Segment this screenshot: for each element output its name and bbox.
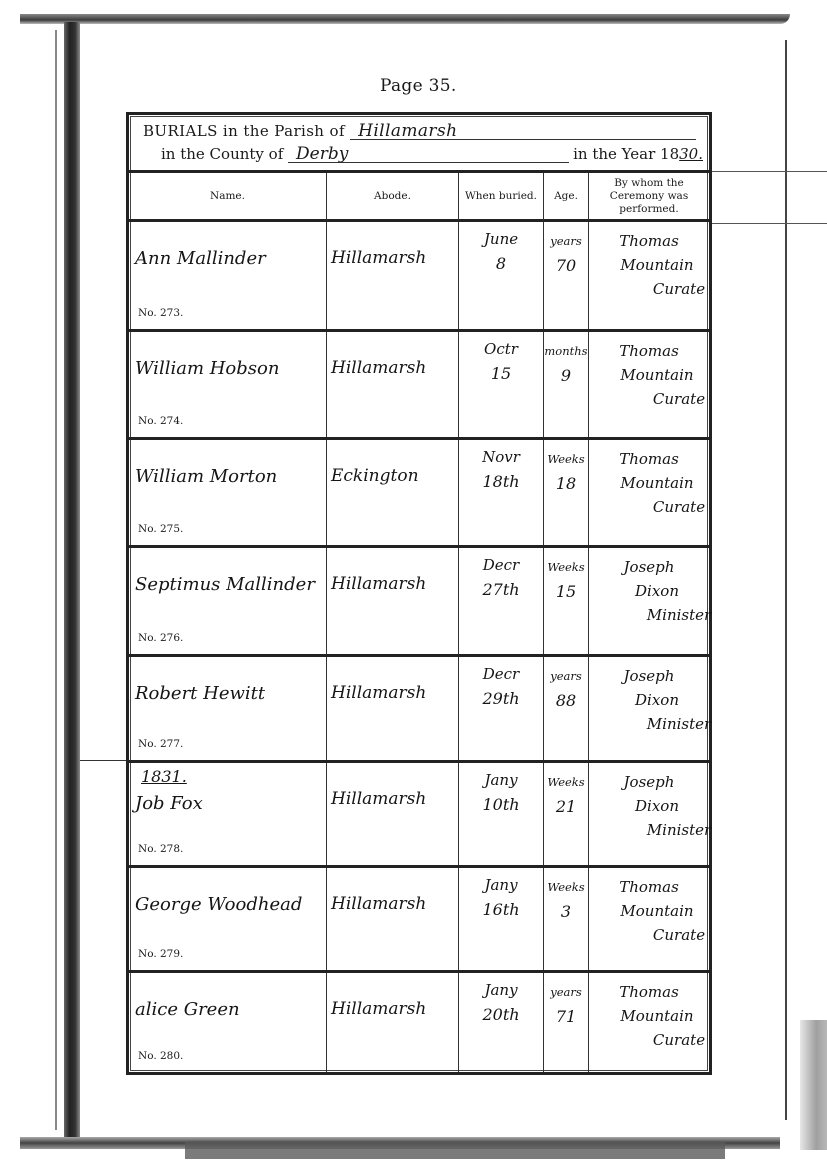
cell-abode: Hillamarsh (326, 657, 458, 760)
deceased-name: Septimus Mallinder (135, 574, 315, 595)
entry-number: No. 274. (138, 415, 183, 427)
cell-when-buried: Octr 15 (458, 332, 543, 437)
cell-officiant: Joseph Dixon Minister (588, 763, 709, 865)
margin-ruling-line (80, 760, 130, 761)
officiant-first-name: Joseph (589, 558, 709, 576)
register-entry: 1831. Job Fox No. 278. Hillamarsh Jany 1… (129, 763, 709, 868)
officiant-title: Minister (589, 606, 739, 624)
burial-register-table: BURIALS in the Parish of Hillamarsh in t… (126, 112, 712, 1075)
age-value: 15 (544, 582, 588, 601)
deceased-name: William Morton (135, 466, 277, 487)
cell-name: alice Green No. 280. (129, 973, 326, 1072)
age-value: 70 (544, 256, 588, 275)
column-header-name: Name. (129, 173, 326, 222)
age-unit: Weeks (544, 452, 588, 466)
cell-abode: Hillamarsh (326, 763, 458, 865)
page-right-edge (785, 40, 787, 1120)
cell-officiant: Thomas Mountain Curate (588, 868, 709, 970)
register-entry: Robert Hewitt No. 277. Hillamarsh Decr 2… (129, 657, 709, 763)
burial-day: 16th (459, 900, 543, 919)
binding-shadow (64, 22, 80, 1147)
county-name: Derby (288, 146, 569, 163)
burial-day: 8 (459, 254, 543, 273)
register-entry: George Woodhead No. 279. Hillamarsh Jany… (129, 868, 709, 973)
county-prefix: in the County of (161, 145, 283, 163)
cell-abode: Hillamarsh (326, 973, 458, 1072)
deceased-name: Robert Hewitt (135, 683, 265, 704)
burial-month: Decr (459, 665, 543, 683)
officiant-title: Curate (589, 280, 739, 298)
abode: Hillamarsh (331, 999, 426, 1019)
cell-age: years 70 (543, 222, 588, 329)
cell-age: Weeks 3 (543, 868, 588, 970)
year-suffix: 30. (679, 145, 703, 163)
parish-prefix: BURIALS in the Parish of (143, 122, 345, 140)
register-entry: alice Green No. 280. Hillamarsh Jany 20t… (129, 973, 709, 1072)
officiant-title: Minister (589, 821, 739, 839)
abode: Hillamarsh (331, 894, 426, 914)
cell-name: William Hobson No. 274. (129, 332, 326, 437)
burial-month: Octr (459, 340, 543, 358)
age-unit: Weeks (544, 880, 588, 894)
year-line: in the Year 1830. (573, 145, 703, 163)
column-header-age: Age. (543, 173, 588, 222)
entry-number: No. 273. (138, 307, 183, 319)
officiant-first-name: Joseph (589, 667, 709, 685)
age-value: 3 (544, 902, 588, 921)
cell-officiant: Thomas Mountain Curate (588, 440, 709, 545)
cell-abode: Hillamarsh (326, 222, 458, 329)
age-unit: years (544, 234, 588, 248)
age-unit: years (544, 985, 588, 999)
burial-day: 20th (459, 1005, 543, 1024)
officiant-surname: Dixon (589, 582, 717, 600)
officiant-surname: Mountain (589, 256, 717, 274)
age-unit: Weeks (544, 560, 588, 574)
abode: Hillamarsh (331, 358, 426, 378)
column-header-when-buried: When buried. (458, 173, 543, 222)
cell-abode: Eckington (326, 440, 458, 545)
burial-day: 27th (459, 580, 543, 599)
cell-when-buried: Jany 20th (458, 973, 543, 1072)
officiant-surname: Mountain (589, 902, 717, 920)
cell-name: Ann Mallinder No. 273. (129, 222, 326, 329)
deceased-name: alice Green (135, 999, 240, 1020)
binding-edge-line (55, 30, 57, 1130)
cell-abode: Hillamarsh (326, 332, 458, 437)
abode: Hillamarsh (331, 789, 426, 809)
burial-day: 18th (459, 472, 543, 491)
register-entry: William Morton No. 275. Eckington Novr 1… (129, 440, 709, 548)
year-prefix: in the Year 18 (573, 145, 679, 163)
officiant-first-name: Thomas (589, 983, 709, 1001)
cell-name: William Morton No. 275. (129, 440, 326, 545)
burial-month: Decr (459, 556, 543, 574)
cell-name: 1831. Job Fox No. 278. (129, 763, 326, 865)
age-value: 71 (544, 1007, 588, 1026)
age-value: 88 (544, 691, 588, 710)
officiant-title: Curate (589, 926, 739, 944)
cell-name: Septimus Mallinder No. 276. (129, 548, 326, 654)
deceased-name: Job Fox (135, 793, 203, 814)
entry-number: No. 278. (138, 843, 183, 855)
register-entry: Septimus Mallinder No. 276. Hillamarsh D… (129, 548, 709, 657)
cell-age: Weeks 21 (543, 763, 588, 865)
cell-when-buried: Decr 29th (458, 657, 543, 760)
abode: Hillamarsh (331, 248, 426, 268)
cell-when-buried: Jany 16th (458, 868, 543, 970)
register-entry: Ann Mallinder No. 273. Hillamarsh June 8… (129, 222, 709, 332)
officiant-title: Curate (589, 1031, 739, 1049)
age-value: 9 (544, 366, 588, 385)
cell-age: months 9 (543, 332, 588, 437)
cell-abode: Hillamarsh (326, 868, 458, 970)
cell-age: Weeks 15 (543, 548, 588, 654)
register-heading: BURIALS in the Parish of Hillamarsh in t… (129, 115, 709, 173)
officiant-surname: Dixon (589, 691, 717, 709)
burial-month: Jany (459, 771, 543, 789)
officiant-title: Curate (589, 498, 739, 516)
entry-number: No. 280. (138, 1050, 183, 1062)
officiant-first-name: Thomas (589, 878, 709, 896)
age-value: 18 (544, 474, 588, 493)
officiant-first-name: Thomas (589, 232, 709, 250)
burial-day: 15 (459, 364, 543, 383)
margin-ruling-line (712, 171, 827, 172)
burial-day: 10th (459, 795, 543, 814)
age-unit: years (544, 669, 588, 683)
officiant-title: Minister (589, 715, 739, 733)
cell-abode: Hillamarsh (326, 548, 458, 654)
officiant-first-name: Thomas (589, 342, 709, 360)
parish-line: BURIALS in the Parish of Hillamarsh (143, 122, 696, 140)
officiant-surname: Mountain (589, 366, 717, 384)
age-unit: Weeks (544, 775, 588, 789)
cell-officiant: Joseph Dixon Minister (588, 657, 709, 760)
year-note: 1831. (141, 767, 187, 786)
abode: Hillamarsh (331, 683, 426, 703)
officiant-first-name: Joseph (589, 773, 709, 791)
burial-day: 29th (459, 689, 543, 708)
county-line: in the County of Derby (161, 145, 569, 163)
page-bottom-shadow-block (185, 1141, 725, 1159)
cell-officiant: Thomas Mountain Curate (588, 973, 709, 1072)
column-header-abode: Abode. (326, 173, 458, 222)
cell-when-buried: June 8 (458, 222, 543, 329)
cell-officiant: Thomas Mountain Curate (588, 222, 709, 329)
cell-when-buried: Jany 10th (458, 763, 543, 865)
abode: Hillamarsh (331, 574, 426, 594)
column-header-officiant: By whom the Ceremony was performed. (588, 173, 709, 222)
register-entry: William Hobson No. 274. Hillamarsh Octr … (129, 332, 709, 440)
abode: Eckington (331, 466, 419, 486)
cell-officiant: Joseph Dixon Minister (588, 548, 709, 654)
officiant-surname: Dixon (589, 797, 717, 815)
entry-number: No. 277. (138, 738, 183, 750)
page-top-edge-shadow (20, 14, 790, 24)
burial-month: Novr (459, 448, 543, 466)
cell-age: years 88 (543, 657, 588, 760)
cell-when-buried: Decr 27th (458, 548, 543, 654)
entry-number: No. 276. (138, 632, 183, 644)
page-corner-smudge (800, 1020, 827, 1150)
page-number: Page 35. (380, 76, 457, 96)
deceased-name: William Hobson (135, 358, 279, 379)
deceased-name: George Woodhead (135, 894, 302, 915)
parish-name: Hillamarsh (350, 123, 696, 140)
cell-when-buried: Novr 18th (458, 440, 543, 545)
burial-month: June (459, 230, 543, 248)
cell-age: years 71 (543, 973, 588, 1072)
age-unit: months (544, 344, 588, 358)
entry-number: No. 275. (138, 523, 183, 535)
age-value: 21 (544, 797, 588, 816)
cell-name: George Woodhead No. 279. (129, 868, 326, 970)
officiant-first-name: Thomas (589, 450, 709, 468)
cell-age: Weeks 18 (543, 440, 588, 545)
cell-officiant: Thomas Mountain Curate (588, 332, 709, 437)
officiant-surname: Mountain (589, 1007, 717, 1025)
deceased-name: Ann Mallinder (135, 248, 266, 269)
officiant-surname: Mountain (589, 474, 717, 492)
burial-month: Jany (459, 981, 543, 999)
burial-month: Jany (459, 876, 543, 894)
officiant-title: Curate (589, 390, 739, 408)
margin-ruling-line (712, 223, 827, 224)
cell-name: Robert Hewitt No. 277. (129, 657, 326, 760)
entry-number: No. 279. (138, 948, 183, 960)
